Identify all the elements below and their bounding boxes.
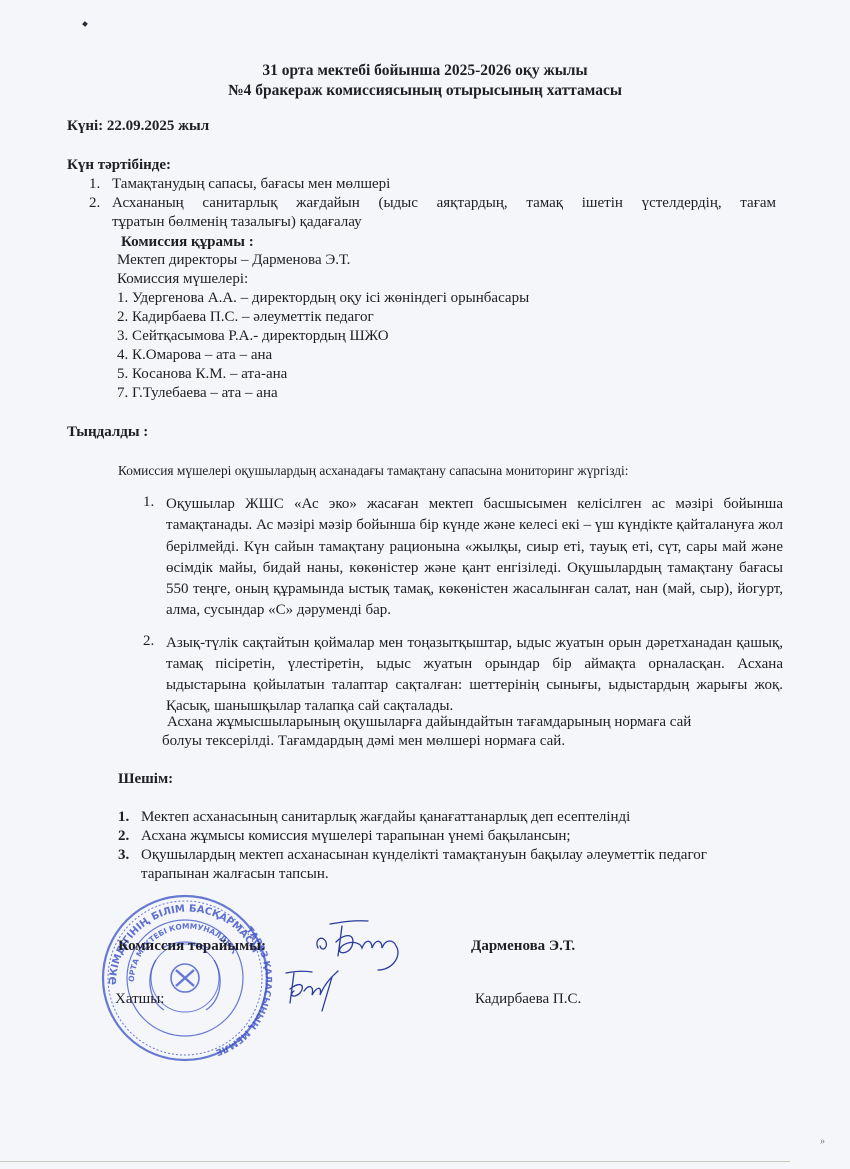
commission-director: Мектеп директоры – Дарменова Э.Т. <box>117 252 350 269</box>
commission-members-heading: Комиссия мүшелері: <box>117 271 248 288</box>
agenda-item-text-line-2: тұратын бөлменің тазалығы) қадағалау <box>112 214 362 231</box>
scan-speck <box>82 21 88 27</box>
scanned-document-page: 31 орта мектебі бойынша 2025-2026 оқу жы… <box>0 0 850 1169</box>
document-title-line-1: 31 орта мектебі бойынша 2025-2026 оқу жы… <box>0 62 850 80</box>
decision-item-text-line-1: Оқушылардың мектеп асханасынан күнделікт… <box>141 847 707 864</box>
decision-item-number: 3. <box>118 847 129 864</box>
commission-heading: Комиссия құрамы : <box>121 234 254 251</box>
decision-item-text: Мектеп асханасының санитарлық жағдайы қа… <box>141 809 630 826</box>
scan-corner-mark: » <box>820 1136 834 1148</box>
chair-name: Дарменова Э.Т. <box>471 938 575 955</box>
heard-closing-line-1: Асхана жұмысшыларының оқушыларға дайында… <box>167 714 691 731</box>
agenda-item-number: 1. <box>89 176 100 193</box>
chair-signature <box>312 912 412 972</box>
heard-intro: Комиссия мүшелері оқушылардың асханадағы… <box>118 463 629 479</box>
agenda-item-text: Тамақтанудың сапасы, бағасы мен мөлшері <box>112 176 390 193</box>
document-date: Күні: 22.09.2025 жыл <box>67 118 209 135</box>
heard-item-number: 1. <box>143 494 154 511</box>
heard-item-number: 2. <box>143 633 154 650</box>
decision-heading: Шешім: <box>118 771 173 788</box>
commission-member: 2. Кадирбаева П.С. – әлеуметтік педагог <box>117 309 374 326</box>
decision-item-number: 2. <box>118 828 129 845</box>
commission-member: 3. Сейтқасымова Р.А.- директордың ШЖО <box>117 328 389 345</box>
document-title-line-2: №4 бракераж комиссиясының отырысының хат… <box>0 82 850 100</box>
heard-heading: Тыңдалды : <box>67 424 148 441</box>
commission-member: 5. Косанова К.М. – ата-ана <box>117 366 287 383</box>
commission-member: 7. Г.Тулебаева – ата – ана <box>117 385 278 402</box>
agenda-item-number: 2. <box>89 195 100 212</box>
decision-item-text: Асхана жұмысы комиссия мүшелері тарапына… <box>141 828 571 845</box>
secretary-label: Хатшы: <box>115 991 164 1008</box>
heard-item-text: Оқушылар ЖШС «Ас эко» жасаған мектеп бас… <box>166 494 783 622</box>
commission-member: 4. К.Омарова – ата – ана <box>117 347 272 364</box>
heard-closing-line-2: болуы тексерілді. Тағамдардың дәмі мен м… <box>162 733 565 750</box>
secretary-name: Кадирбаева П.С. <box>475 991 581 1008</box>
secretary-signature <box>282 965 344 1015</box>
agenda-item-text-line-1: Асхананың санитарлық жағдайын (ыдыс аяқт… <box>112 195 776 212</box>
official-seal-stamp: ӘКІМДІГІНІҢ БІЛІМ БАСҚАРМАСЫ ОРТА МЕКТЕБ… <box>96 890 274 1062</box>
heard-item-text: Азық-түлік сақтайтын қоймалар мен тоңазы… <box>166 633 783 717</box>
decision-item-number: 1. <box>118 809 129 826</box>
commission-member: 1. Удергенова А.А. – директордың оқу ісі… <box>117 290 529 307</box>
scan-edge-line <box>0 1161 790 1162</box>
agenda-heading: Күн тәртібінде: <box>67 157 171 174</box>
chair-label: Комиссия төрайымы: <box>118 938 266 955</box>
decision-item-text-line-2: тарапынан жалғасын тапсын. <box>141 866 329 883</box>
